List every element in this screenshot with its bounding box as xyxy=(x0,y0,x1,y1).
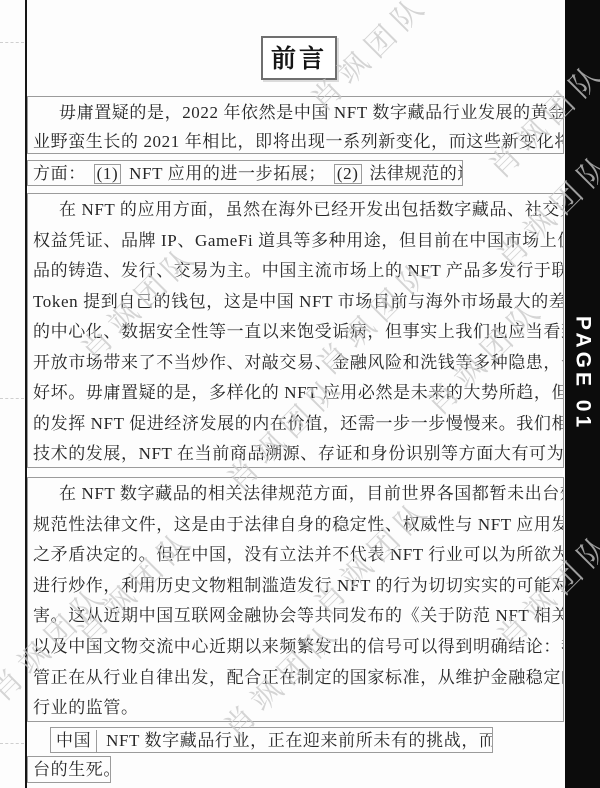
document-page: 前言 毋庸置疑的是，2022 年依然是中国 NFT 数字藏品行业发展的黄金时期，… xyxy=(0,0,600,788)
paragraph-block-4: 中国 NFT 数字藏品行业，正在迎来前所未有的挑战，而是否做好合规关乎一个平 xyxy=(50,727,493,753)
paragraph-block-3: 在 NFT 数字藏品的相关法律规范方面，目前世界各国都暂未出台效力级别较高的 规… xyxy=(27,477,564,722)
text-segment: NFT 应用的进一步拓展； xyxy=(129,164,326,183)
text-line: 以及中国文物交流中心近期以来频繁发出的信号可以得到明确结论：我国对 NFT 的监 xyxy=(33,632,559,663)
text-line: 在 NFT 的应用方面，虽然在海外已经开发出包括数字藏品、社交头像、身份识别、 xyxy=(33,195,559,226)
page-number-sidebar: PAGE 01 xyxy=(565,0,600,788)
text-line: 的中心化、数据安全性等一直以来饱受诟病，但事实上我们也应当看到，海外 NFT 的 xyxy=(33,317,559,348)
text-line: 管正在从行业自律出发，配合正在制定的国家标准，从维护金融稳定的角度加强对 NFT xyxy=(33,663,559,694)
page-title: 前言 xyxy=(261,36,337,80)
crop-mark xyxy=(0,398,24,399)
paragraph-block-1-continued: 方面： (1) NFT 应用的进一步拓展； (2) 法律规范的进一步完善。 xyxy=(27,160,463,186)
text-line: 行业的监管。 xyxy=(33,693,559,722)
text-line: 技术的发展，NFT 在当前商品溯源、存证和身份识别等方面大有可为。 xyxy=(33,439,559,468)
text-segment: 中国 xyxy=(54,730,97,752)
crop-mark xyxy=(0,42,24,43)
text-line: 好坏。毋庸置疑的是，多样化的 NFT 应用必然是未来的大势所趋，但如何稳妥、完善 xyxy=(33,378,559,409)
text-line: 害。这从近期中国互联网金融协会等共同发布的《关于防范 NFT 相关金融风险的倡议… xyxy=(33,601,559,632)
text-line: 规范性法律文件，这是由于法律自身的稳定性、权威性与 NFT 应用发展的不可预测性 xyxy=(33,510,559,541)
text-line: 之矛盾决定的。但在中国，没有立法并不代表 NFT 行业可以为所欲为，一些利用 N… xyxy=(33,540,559,571)
text-line: 权益凭证、品牌 IP、GameFi 道具等多种用途，但目前在中国市场上仍然以传统… xyxy=(33,226,559,257)
text-line: 毋庸置疑的是，2022 年依然是中国 NFT 数字藏品行业发展的黄金时期，但与全… xyxy=(33,98,559,127)
text-line: 开放市场带来了不当炒作、对敲交易、金融风险和洗钱等多种隐患，一味放开，难说 xyxy=(33,348,559,379)
crop-mark xyxy=(0,743,24,744)
text-line: 品的铸造、发行、交易为主。中国主流市场上的 NFT 产品多发行于联盟链上，不能将 xyxy=(33,256,559,287)
list-marker-1: (1) xyxy=(94,164,122,184)
page-number-label: PAGE 01 xyxy=(571,316,595,431)
list-marker-2: (2) xyxy=(334,164,362,184)
text-segment: NFT 数字藏品行业，正在迎来前所未有的挑战，而是否做好合规关乎一个平 xyxy=(106,731,493,750)
text-line: 业野蛮生长的 2021 年相比，即将出现一系列新变化，而这些新变化将主要体现在两… xyxy=(33,127,559,154)
text-line: 在 NFT 数字藏品的相关法律规范方面，目前世界各国都暂未出台效力级别较高的 xyxy=(33,479,559,510)
text-line: Token 提到自己的钱包，这是中国 NFT 市场目前与海外市场最大的差异。虽然… xyxy=(33,287,559,318)
text-segment: 法律规范的进一步完善。 xyxy=(369,164,463,183)
paragraph-block-2: 在 NFT 的应用方面，虽然在海外已经开发出包括数字藏品、社交头像、身份识别、 … xyxy=(27,193,564,468)
text-segment: 方面： xyxy=(33,164,86,183)
text-segment: 台的生死。 xyxy=(33,760,111,779)
text-line: 的发挥 NFT 促进经济发展的内在价值，还需一步一步慢慢来。我们相信，随着区块链 xyxy=(33,409,559,440)
text-line: 进行炒作，利用历史文物粗制滥造发行 NFT 的行为切切实实的可能对社会法益造成侵 xyxy=(33,571,559,602)
paragraph-block-5: 台的生死。 xyxy=(27,756,111,783)
paragraph-block-1: 毋庸置疑的是，2022 年依然是中国 NFT 数字藏品行业发展的黄金时期，但与全… xyxy=(27,96,564,154)
